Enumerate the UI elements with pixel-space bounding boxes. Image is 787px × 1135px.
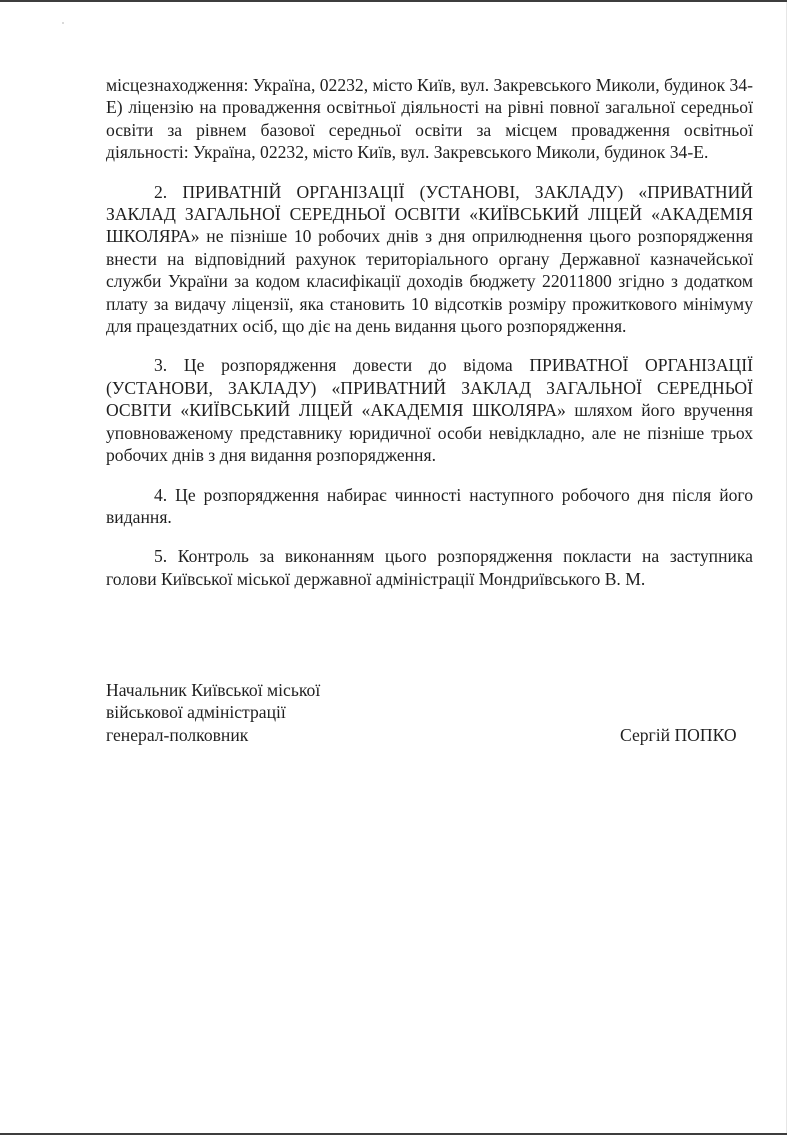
signatory-position-line-1: Начальник Київської міської xyxy=(106,679,753,701)
paragraph-4-effective-date: 4. Це розпорядження набирає чинності нас… xyxy=(106,484,753,529)
paragraph-3-notification: 3. Це розпорядження довести до відома ПР… xyxy=(106,354,753,466)
paragraph-2-license-fee: 2. ПРИВАТНІЙ ОРГАНІЗАЦІЇ (УСТАНОВІ, ЗАКЛ… xyxy=(106,181,753,338)
signatory-position-line-2: військової адміністрації xyxy=(106,701,753,723)
scan-top-border xyxy=(0,0,787,2)
scan-artifact-dot xyxy=(62,22,64,24)
document-body: місцезнаходження: Україна, 02232, місто … xyxy=(106,74,753,590)
signatory-name: Сергій ПОПКО xyxy=(620,724,737,746)
signature-block: Начальник Київської міської військової а… xyxy=(106,679,753,746)
paragraph-1-continuation: місцезнаходження: Україна, 02232, місто … xyxy=(106,74,753,164)
paragraph-5-control: 5. Контроль за виконанням цього розпоряд… xyxy=(106,545,753,590)
